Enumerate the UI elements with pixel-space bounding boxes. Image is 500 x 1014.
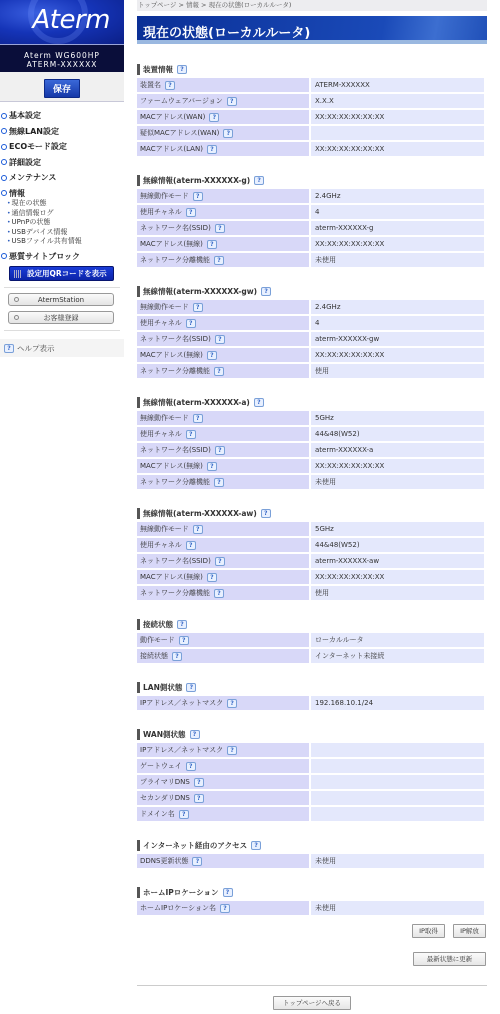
row-label: 疑似MACアドレス(WAN)?	[137, 126, 309, 140]
status-section: 無線情報(aterm-XXXXXX-a)?無線動作モード?5GHz使用チャネル?…	[137, 396, 487, 491]
row-label: 無線動作モード?	[137, 522, 309, 536]
help-icon[interactable]: ?	[215, 446, 225, 455]
row-label: ネットワーク名(SSID)?	[137, 443, 309, 457]
row-value: aterm-XXXXXX-aw	[309, 554, 484, 568]
row-label: IPアドレス／ネットマスク?	[137, 743, 309, 757]
help-icon[interactable]: ?	[179, 636, 189, 645]
row-value: X.X.X	[309, 94, 484, 108]
nav-malicious-site-block[interactable]: 悪質サイトブロック	[0, 249, 124, 265]
status-table: ホームIPロケーション名?未使用	[137, 899, 484, 917]
label-text: 使用チャネル	[140, 319, 182, 327]
help-icon[interactable]: ?	[193, 192, 203, 201]
row-label: MACアドレス(無線)?	[137, 570, 309, 584]
row-label: ファームウェアバージョン?	[137, 94, 309, 108]
status-section: インターネット経由のアクセス?DDNS更新状態?未使用	[137, 839, 487, 870]
section-heading: ホームIPロケーション?	[137, 886, 487, 898]
row-value: XX:XX:XX:XX:XX:XX	[309, 348, 484, 362]
help-icon[interactable]: ?	[190, 730, 200, 739]
nav-label: 無線LAN設定	[9, 126, 59, 137]
help-icon[interactable]: ?	[223, 129, 233, 138]
qr-code-icon	[14, 270, 22, 278]
help-icon[interactable]: ?	[179, 810, 189, 819]
table-row: ネットワーク名(SSID)?aterm-XXXXXX-aw	[137, 554, 484, 568]
help-icon[interactable]: ?	[207, 573, 217, 582]
table-row: ネットワーク名(SSID)?aterm-XXXXXX-gw	[137, 332, 484, 346]
label-text: MACアドレス(無線)	[140, 573, 203, 581]
help-icon[interactable]: ?	[214, 478, 224, 487]
row-value: XX:XX:XX:XX:XX:XX	[309, 570, 484, 584]
row-value: ATERM-XXXXXX	[309, 78, 484, 92]
table-row: ネットワーク名(SSID)?aterm-XXXXXX-a	[137, 443, 484, 457]
table-row: 無線動作モード?2.4GHz	[137, 189, 484, 203]
label-text: 使用チャネル	[140, 208, 182, 216]
row-value: インターネット未接続	[309, 649, 484, 663]
help-icon[interactable]: ?	[227, 97, 237, 106]
row-label: 動作モード?	[137, 633, 309, 647]
label-text: 使用チャネル	[140, 430, 182, 438]
row-label: 無線動作モード?	[137, 300, 309, 314]
row-label: 使用チャネル?	[137, 427, 309, 441]
label-text: ネットワーク分離機能	[140, 367, 210, 375]
help-icon[interactable]: ?	[193, 303, 203, 312]
nav-label: 情報	[9, 188, 25, 199]
row-label: 接続状態?	[137, 649, 309, 663]
table-row: ファームウェアバージョン?X.X.X	[137, 94, 484, 108]
help-icon[interactable]: ?	[207, 145, 217, 154]
label-text: ネットワーク名(SSID)	[140, 446, 211, 454]
label-text: ネットワーク名(SSID)	[140, 224, 211, 232]
row-value: 使用	[309, 586, 484, 600]
label-text: ネットワーク名(SSID)	[140, 335, 211, 343]
table-row: 接続状態?インターネット未接続	[137, 649, 484, 663]
help-icon[interactable]: ?	[220, 904, 230, 913]
row-value: 5GHz	[309, 522, 484, 536]
status-section: ホームIPロケーション?ホームIPロケーション名?未使用	[137, 886, 487, 917]
row-value: XX:XX:XX:XX:XX:XX	[309, 110, 484, 124]
device-info: Aterm WG600HP ATERM-XXXXXX	[0, 44, 124, 72]
label-text: 無線動作モード	[140, 414, 189, 422]
help-icon[interactable]: ?	[194, 778, 204, 787]
help-icon[interactable]: ?	[214, 367, 224, 376]
row-value: ローカルルータ	[309, 633, 484, 647]
help-icon[interactable]: ?	[193, 414, 203, 423]
label-text: プライマリDNS	[140, 778, 190, 786]
row-value: XX:XX:XX:XX:XX:XX	[309, 459, 484, 473]
table-row: ドメイン名?	[137, 807, 484, 821]
label-text: 装置名	[140, 81, 161, 89]
row-label: プライマリDNS?	[137, 775, 309, 789]
table-row: ネットワーク分離機能?未使用	[137, 253, 484, 267]
bullet-icon	[1, 190, 7, 196]
row-value: 未使用	[309, 854, 484, 868]
ip-get-button[interactable]: IP取得	[412, 924, 445, 938]
row-label: セカンダリDNS?	[137, 791, 309, 805]
row-label: MACアドレス(無線)?	[137, 237, 309, 251]
help-icon[interactable]: ?	[192, 857, 202, 866]
divider	[4, 330, 120, 331]
row-label: ネットワーク分離機能?	[137, 253, 309, 267]
status-section: 接続状態?動作モード?ローカルルータ接続状態?インターネット未接続	[137, 618, 487, 665]
nav-wireless-lan[interactable]: 無線LAN設定	[0, 124, 124, 140]
row-value: 2.4GHz	[309, 189, 484, 203]
label-text: ファームウェアバージョン	[140, 97, 223, 105]
help-icon[interactable]: ?	[186, 683, 196, 692]
label-text: DDNS更新状態	[140, 857, 188, 865]
back-to-top-button[interactable]: トップページへ戻る	[273, 996, 351, 1010]
status-table: 無線動作モード?5GHz使用チャネル?44&48(W52)ネットワーク名(SSI…	[137, 520, 484, 602]
row-label: MACアドレス(WAN)?	[137, 110, 309, 124]
label-text: ネットワーク分離機能	[140, 478, 210, 486]
label-text: MACアドレス(WAN)	[140, 113, 205, 121]
label-text: IPアドレス／ネットマスク	[140, 746, 223, 754]
label-text: 無線動作モード	[140, 303, 189, 311]
table-row: 使用チャネル?4	[137, 316, 484, 330]
row-label: 使用チャネル?	[137, 538, 309, 552]
sidebar-nav: 基本設定 無線LAN設定 ECOモード設定 詳細設定 メンテナンス 情報 現在の…	[0, 102, 124, 264]
row-label: ネットワーク分離機能?	[137, 475, 309, 489]
bullet-icon	[1, 144, 7, 150]
row-label: DDNS更新状態?	[137, 854, 309, 868]
row-label: 装置名?	[137, 78, 309, 92]
ip-release-button[interactable]: IP解放	[453, 924, 486, 938]
heading-bar	[137, 508, 140, 519]
table-row: MACアドレス(無線)?XX:XX:XX:XX:XX:XX	[137, 237, 484, 251]
help-icon[interactable]: ?	[186, 208, 196, 217]
label-text: ネットワーク名(SSID)	[140, 557, 211, 565]
help-icon[interactable]: ?	[186, 541, 196, 550]
heading-bar	[137, 840, 140, 851]
customer-registration-button[interactable]: お客様登録	[8, 311, 114, 324]
row-value: 未使用	[309, 253, 484, 267]
help-icon[interactable]: ?	[207, 351, 217, 360]
row-label: MACアドレス(無線)?	[137, 348, 309, 362]
table-row: IPアドレス／ネットマスク?192.168.10.1/24	[137, 696, 484, 710]
aterm-station-button[interactable]: AtermStation	[8, 293, 114, 306]
table-row: 疑似MACアドレス(WAN)?	[137, 126, 484, 140]
aterm-logo: Aterm	[0, 0, 124, 44]
label-text: 無線動作モード	[140, 192, 189, 200]
status-sections: 装置情報?装置名?ATERM-XXXXXXファームウェアバージョン?X.X.XM…	[137, 63, 487, 917]
table-row: ネットワーク名(SSID)?aterm-XXXXXX-g	[137, 221, 484, 235]
label-text: 接続状態	[140, 652, 168, 660]
status-table: DDNS更新状態?未使用	[137, 852, 484, 870]
label-text: ホームIPロケーション名	[140, 904, 216, 912]
show-qr-button[interactable]: 設定用QRコードを表示	[9, 266, 114, 281]
status-table: IPアドレス／ネットマスク?ゲートウェイ?プライマリDNS?セカンダリDNS?ド…	[137, 741, 484, 823]
label-text: 使用チャネル	[140, 541, 182, 549]
bullet-icon	[1, 128, 7, 134]
section-heading: 無線情報(aterm-XXXXXX-gw)?	[137, 285, 487, 297]
section-heading: 無線情報(aterm-XXXXXX-a)?	[137, 396, 487, 408]
status-table: 無線動作モード?2.4GHz使用チャネル?4ネットワーク名(SSID)?ater…	[137, 298, 484, 380]
row-value: 44&48(W52)	[309, 427, 484, 441]
bullet-icon	[1, 175, 7, 181]
breadcrumb: トップページ > 情報 > 現在の状態(ローカルルータ)	[137, 0, 487, 11]
label-text: ゲートウェイ	[140, 762, 182, 770]
row-label: 使用チャネル?	[137, 316, 309, 330]
row-label: 無線動作モード?	[137, 189, 309, 203]
table-row: MACアドレス(無線)?XX:XX:XX:XX:XX:XX	[137, 348, 484, 362]
table-row: ホームIPロケーション名?未使用	[137, 901, 484, 915]
table-row: MACアドレス(WAN)?XX:XX:XX:XX:XX:XX	[137, 110, 484, 124]
status-section: 無線情報(aterm-XXXXXX-aw)?無線動作モード?5GHz使用チャネル…	[137, 507, 487, 602]
row-value: aterm-XXXXXX-g	[309, 221, 484, 235]
help-icon[interactable]: ?	[223, 888, 233, 897]
heading-bar	[137, 729, 140, 740]
help-icon[interactable]: ?	[254, 398, 264, 407]
row-value: 4	[309, 205, 484, 219]
section-title: 無線情報(aterm-XXXXXX-a)	[143, 397, 250, 408]
refresh-status-button[interactable]: 最新状態に更新	[413, 952, 486, 966]
label-text: ネットワーク分離機能	[140, 589, 210, 597]
row-label: 無線動作モード?	[137, 411, 309, 425]
status-table: 装置名?ATERM-XXXXXXファームウェアバージョン?X.X.XMACアドレ…	[137, 76, 484, 158]
help-icon[interactable]: ?	[207, 462, 217, 471]
section-heading: 装置情報?	[137, 63, 487, 75]
qr-label: 設定用QRコードを表示	[27, 268, 107, 279]
nav-label: ECOモード設定	[9, 141, 67, 152]
label-text: 無線動作モード	[140, 525, 189, 533]
table-row: ネットワーク分離機能?未使用	[137, 475, 484, 489]
bullet-icon	[1, 253, 7, 259]
status-table: 無線動作モード?5GHz使用チャネル?44&48(W52)ネットワーク名(SSI…	[137, 409, 484, 491]
info-subnav: 現在の状態 通信情報ログ UPnPの状態 USBデバイス情報 USBファイル共有…	[0, 199, 124, 247]
help-display-link[interactable]: ? ヘルプ表示	[0, 339, 124, 357]
help-icon[interactable]: ?	[165, 81, 175, 90]
status-table: IPアドレス／ネットマスク?192.168.10.1/24	[137, 694, 484, 712]
row-label: ネットワーク分離機能?	[137, 586, 309, 600]
button-label: お客様登録	[9, 313, 113, 323]
table-row: セカンダリDNS?	[137, 791, 484, 805]
status-section: LAN側状態?IPアドレス／ネットマスク?192.168.10.1/24	[137, 681, 487, 712]
label-text: ネットワーク分離機能	[140, 256, 210, 264]
table-row: 無線動作モード?2.4GHz	[137, 300, 484, 314]
label-text: MACアドレス(無線)	[140, 240, 203, 248]
help-icon[interactable]: ?	[227, 746, 237, 755]
table-row: MACアドレス(無線)?XX:XX:XX:XX:XX:XX	[137, 459, 484, 473]
row-value	[309, 775, 484, 789]
table-row: 無線動作モード?5GHz	[137, 411, 484, 425]
logo-text: Aterm	[33, 5, 111, 35]
row-label: IPアドレス／ネットマスク?	[137, 696, 309, 710]
save-button[interactable]: 保存	[44, 79, 80, 98]
heading-bar	[137, 175, 140, 186]
divider	[137, 985, 487, 986]
help-icon[interactable]: ?	[186, 762, 196, 771]
help-icon: ?	[4, 344, 14, 353]
status-table: 無線動作モード?2.4GHz使用チャネル?4ネットワーク名(SSID)?ater…	[137, 187, 484, 269]
section-title: ホームIPロケーション	[143, 887, 219, 898]
label-text: IPアドレス／ネットマスク	[140, 699, 223, 707]
row-label: ネットワーク名(SSID)?	[137, 332, 309, 346]
device-name: ATERM-XXXXXX	[0, 60, 124, 69]
help-icon[interactable]: ?	[193, 525, 203, 534]
bullet-icon	[1, 159, 7, 165]
table-row: 動作モード?ローカルルータ	[137, 633, 484, 647]
section-heading: 接続状態?	[137, 618, 487, 630]
row-value: 5GHz	[309, 411, 484, 425]
table-row: プライマリDNS?	[137, 775, 484, 789]
help-icon[interactable]: ?	[177, 65, 187, 74]
save-area: 保存	[0, 72, 124, 102]
help-icon[interactable]: ?	[227, 699, 237, 708]
divider	[4, 287, 120, 288]
sub-comm-log[interactable]: 通信情報ログ	[7, 209, 124, 219]
help-icon[interactable]: ?	[215, 224, 225, 233]
section-heading: 無線情報(aterm-XXXXXX-g)?	[137, 174, 487, 186]
button-label: AtermStation	[9, 296, 113, 304]
help-icon[interactable]: ?	[215, 557, 225, 566]
table-row: IPアドレス／ネットマスク?	[137, 743, 484, 757]
status-section: 装置情報?装置名?ATERM-XXXXXXファームウェアバージョン?X.X.XM…	[137, 63, 487, 158]
row-value: aterm-XXXXXX-gw	[309, 332, 484, 346]
table-row: 無線動作モード?5GHz	[137, 522, 484, 536]
row-value: 192.168.10.1/24	[309, 696, 484, 710]
bullet-icon	[1, 113, 7, 119]
sub-usb-share[interactable]: USBファイル共有情報	[7, 237, 124, 247]
table-row: MACアドレス(LAN)?XX:XX:XX:XX:XX:XX	[137, 142, 484, 156]
heading-bar	[137, 682, 140, 693]
heading-bar	[137, 397, 140, 408]
row-value	[309, 807, 484, 821]
row-label: ドメイン名?	[137, 807, 309, 821]
section-title: LAN側状態	[143, 682, 182, 693]
help-icon[interactable]: ?	[186, 319, 196, 328]
status-section: 無線情報(aterm-XXXXXX-gw)?無線動作モード?2.4GHz使用チャ…	[137, 285, 487, 380]
row-value: aterm-XXXXXX-a	[309, 443, 484, 457]
row-value: 未使用	[309, 475, 484, 489]
row-value: XX:XX:XX:XX:XX:XX	[309, 142, 484, 156]
row-value: 2.4GHz	[309, 300, 484, 314]
row-value	[309, 791, 484, 805]
table-row: DDNS更新状態?未使用	[137, 854, 484, 868]
help-label: ヘルプ表示	[17, 343, 55, 354]
section-title: 接続状態	[143, 619, 173, 630]
sub-upnp-status[interactable]: UPnPの状態	[7, 218, 124, 228]
heading-bar	[137, 619, 140, 630]
label-text: MACアドレス(無線)	[140, 351, 203, 359]
table-row: 使用チャネル?44&48(W52)	[137, 427, 484, 441]
table-row: ゲートウェイ?	[137, 759, 484, 773]
label-text: MACアドレス(無線)	[140, 462, 203, 470]
help-icon[interactable]: ?	[214, 256, 224, 265]
section-title: WAN側状態	[143, 729, 186, 740]
heading-bar	[137, 286, 140, 297]
label-text: セカンダリDNS	[140, 794, 190, 802]
row-label: ネットワーク名(SSID)?	[137, 554, 309, 568]
heading-bar	[137, 64, 140, 75]
row-label: 使用チャネル?	[137, 205, 309, 219]
status-section: 無線情報(aterm-XXXXXX-g)?無線動作モード?2.4GHz使用チャネ…	[137, 174, 487, 269]
row-label: ネットワーク名(SSID)?	[137, 221, 309, 235]
heading-bar	[137, 887, 140, 898]
row-value	[309, 743, 484, 757]
help-icon[interactable]: ?	[177, 620, 187, 629]
label-text: MACアドレス(LAN)	[140, 145, 203, 153]
page-title: 現在の状態(ローカルルータ)	[137, 16, 487, 44]
nav-label: 詳細設定	[9, 157, 41, 168]
row-value	[309, 759, 484, 773]
label-text: 動作モード	[140, 636, 175, 644]
section-heading: 無線情報(aterm-XXXXXX-aw)?	[137, 507, 487, 519]
table-row: 使用チャネル?4	[137, 205, 484, 219]
section-title: 装置情報	[143, 64, 173, 75]
table-row: ネットワーク分離機能?使用	[137, 364, 484, 378]
row-label: ネットワーク分離機能?	[137, 364, 309, 378]
help-icon[interactable]: ?	[194, 794, 204, 803]
section-title: 無線情報(aterm-XXXXXX-aw)	[143, 508, 257, 519]
section-heading: LAN側状態?	[137, 681, 487, 693]
row-value: 未使用	[309, 901, 484, 915]
row-value	[309, 126, 484, 140]
row-value: 4	[309, 316, 484, 330]
label-text: 疑似MACアドレス(WAN)	[140, 129, 219, 137]
nav-label: メンテナンス	[9, 172, 56, 183]
help-icon[interactable]: ?	[209, 113, 219, 122]
nav-advanced[interactable]: 詳細設定	[0, 155, 124, 171]
section-title: 無線情報(aterm-XXXXXX-g)	[143, 175, 250, 186]
row-label: ゲートウェイ?	[137, 759, 309, 773]
help-icon[interactable]: ?	[251, 841, 261, 850]
nav-eco-mode[interactable]: ECOモード設定	[0, 139, 124, 155]
help-icon[interactable]: ?	[215, 335, 225, 344]
model-name: Aterm WG600HP	[0, 51, 124, 60]
section-heading: インターネット経由のアクセス?	[137, 839, 487, 851]
table-row: 使用チャネル?44&48(W52)	[137, 538, 484, 552]
help-icon[interactable]: ?	[172, 652, 182, 661]
status-section: WAN側状態?IPアドレス／ネットマスク?ゲートウェイ?プライマリDNS?セカン…	[137, 728, 487, 823]
help-icon[interactable]: ?	[254, 176, 264, 185]
help-icon[interactable]: ?	[214, 589, 224, 598]
nav-label: 悪質サイトブロック	[9, 251, 80, 262]
help-icon[interactable]: ?	[261, 287, 271, 296]
nav-label: 基本設定	[9, 110, 41, 121]
row-value: 使用	[309, 364, 484, 378]
sidebar: Aterm Aterm WG600HP ATERM-XXXXXX 保存 基本設定…	[0, 0, 124, 357]
row-value: XX:XX:XX:XX:XX:XX	[309, 237, 484, 251]
row-label: MACアドレス(LAN)?	[137, 142, 309, 156]
nav-maintenance[interactable]: メンテナンス	[0, 170, 124, 186]
section-heading: WAN側状態?	[137, 728, 487, 740]
table-row: 装置名?ATERM-XXXXXX	[137, 78, 484, 92]
section-title: 無線情報(aterm-XXXXXX-gw)	[143, 286, 257, 297]
main-content: トップページ > 情報 > 現在の状態(ローカルルータ) 現在の状態(ローカルル…	[137, 0, 487, 917]
table-row: ネットワーク分離機能?使用	[137, 586, 484, 600]
table-row: MACアドレス(無線)?XX:XX:XX:XX:XX:XX	[137, 570, 484, 584]
help-icon[interactable]: ?	[186, 430, 196, 439]
section-title: インターネット経由のアクセス	[143, 840, 247, 851]
help-icon[interactable]: ?	[261, 509, 271, 518]
sub-current-status[interactable]: 現在の状態	[7, 199, 124, 209]
sub-usb-device[interactable]: USBデバイス情報	[7, 228, 124, 238]
status-table: 動作モード?ローカルルータ接続状態?インターネット未接続	[137, 631, 484, 665]
label-text: ドメイン名	[140, 810, 175, 818]
nav-basic-settings[interactable]: 基本設定	[0, 108, 124, 124]
row-label: MACアドレス(無線)?	[137, 459, 309, 473]
row-label: ホームIPロケーション名?	[137, 901, 309, 915]
row-value: 44&48(W52)	[309, 538, 484, 552]
help-icon[interactable]: ?	[207, 240, 217, 249]
